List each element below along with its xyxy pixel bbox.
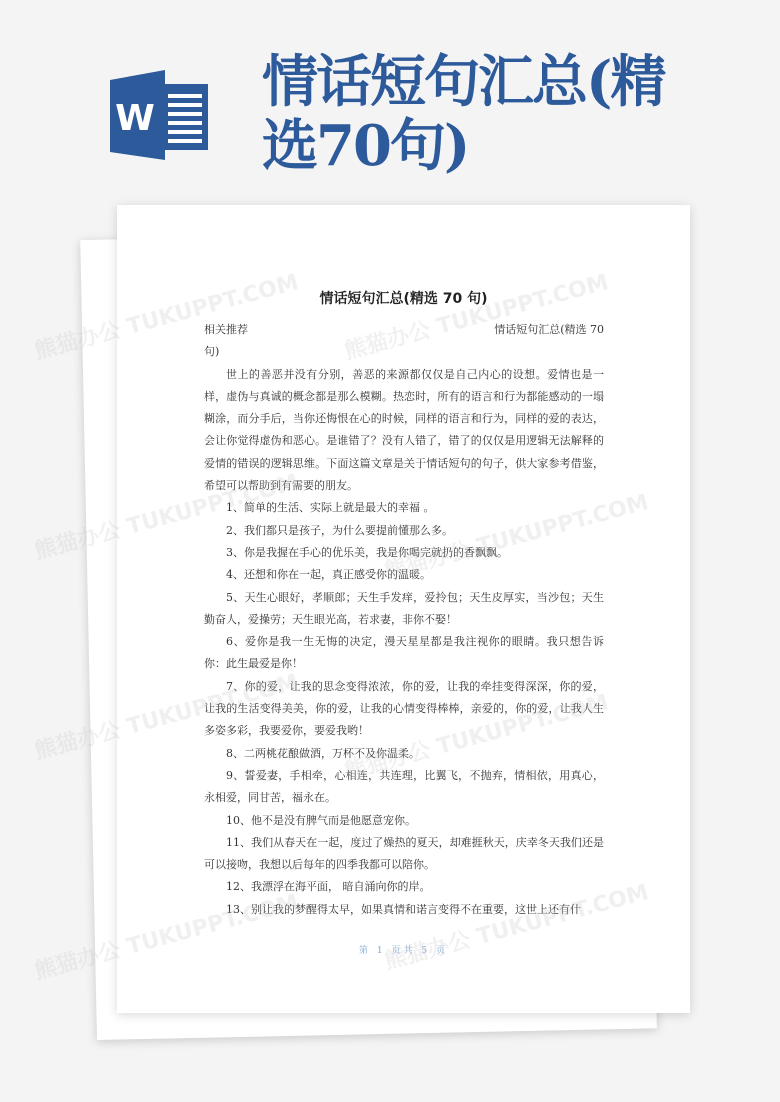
header: W 情话短句汇总(精选70句) — [0, 0, 780, 200]
document-title: 情话短句汇总(精选 70 句) — [117, 288, 690, 308]
list-item: 7、你的爱，让我的思念变得浓浓，你的爱，让我的牵挂变得深深，你的爱，让我的生活变… — [204, 676, 604, 743]
list-item: 3、你是我握在手心的优乐美，我是你喝完就扔的香飘飘。 — [204, 542, 604, 564]
list-item: 5、天生心眼好，孝顺郎；天生手发痒，爱拎包；天生皮厚实，当沙包；天生勤奋人，爱操… — [204, 587, 604, 632]
intro-paragraph: 世上的善恶并没有分别，善恶的来源都仅仅是自己内心的设想。爱情也是一样，虚伪与真诚… — [204, 364, 604, 498]
list-item: 6、爱你是我一生无悔的决定，漫天星星都是我注视你的眼睛。我只想告诉你：此生最爱是… — [204, 631, 604, 676]
list-item: 12、我漂浮在海平面， 暗自涌向你的岸。 — [204, 876, 604, 898]
list-item: 9、誓爱妻，手相牵，心相连，共连理，比翼飞，不抛弃，情相依，用真心， 永相爱，同… — [204, 765, 604, 810]
page-footer: 第 1 页共 5 页 — [117, 943, 690, 956]
list-item: 4、还想和你在一起，真正感受你的温暖。 — [204, 564, 604, 586]
related-label: 相关推荐 — [204, 319, 248, 341]
related-link[interactable]: 情话短句汇总(精选 70 — [494, 319, 604, 341]
document-body: 相关推荐 情话短句汇总(精选 70 句) 世上的善恶并没有分别，善恶的来源都仅仅… — [204, 319, 604, 921]
document-page: 情话短句汇总(精选 70 句) 相关推荐 情话短句汇总(精选 70 句) 世上的… — [117, 205, 690, 1013]
svg-text:W: W — [115, 98, 155, 139]
list-item: 1、简单的生活、实际上就是最大的幸福 。 — [204, 497, 604, 519]
related-link-continued[interactable]: 句) — [204, 341, 604, 363]
list-item: 13、别让我的梦醒得太早，如果真情和诺言变得不在重要，这世上还有什 — [204, 899, 604, 921]
list-item: 10、他不是没有脾气而是他愿意宠你。 — [204, 810, 604, 832]
list-item: 8、二两桃花酿做酒，万杯不及你温柔。 — [204, 743, 604, 765]
list-item: 11、我们从春天在一起，度过了燥热的夏天，却难捱秋天，庆幸冬天我们还是可以接吻，… — [204, 832, 604, 877]
page-title: 情话短句汇总(精选70句) — [262, 50, 682, 178]
list-item: 2、我们都只是孩子，为什么要提前懂那么多。 — [204, 520, 604, 542]
word-document-icon: W — [110, 68, 210, 162]
